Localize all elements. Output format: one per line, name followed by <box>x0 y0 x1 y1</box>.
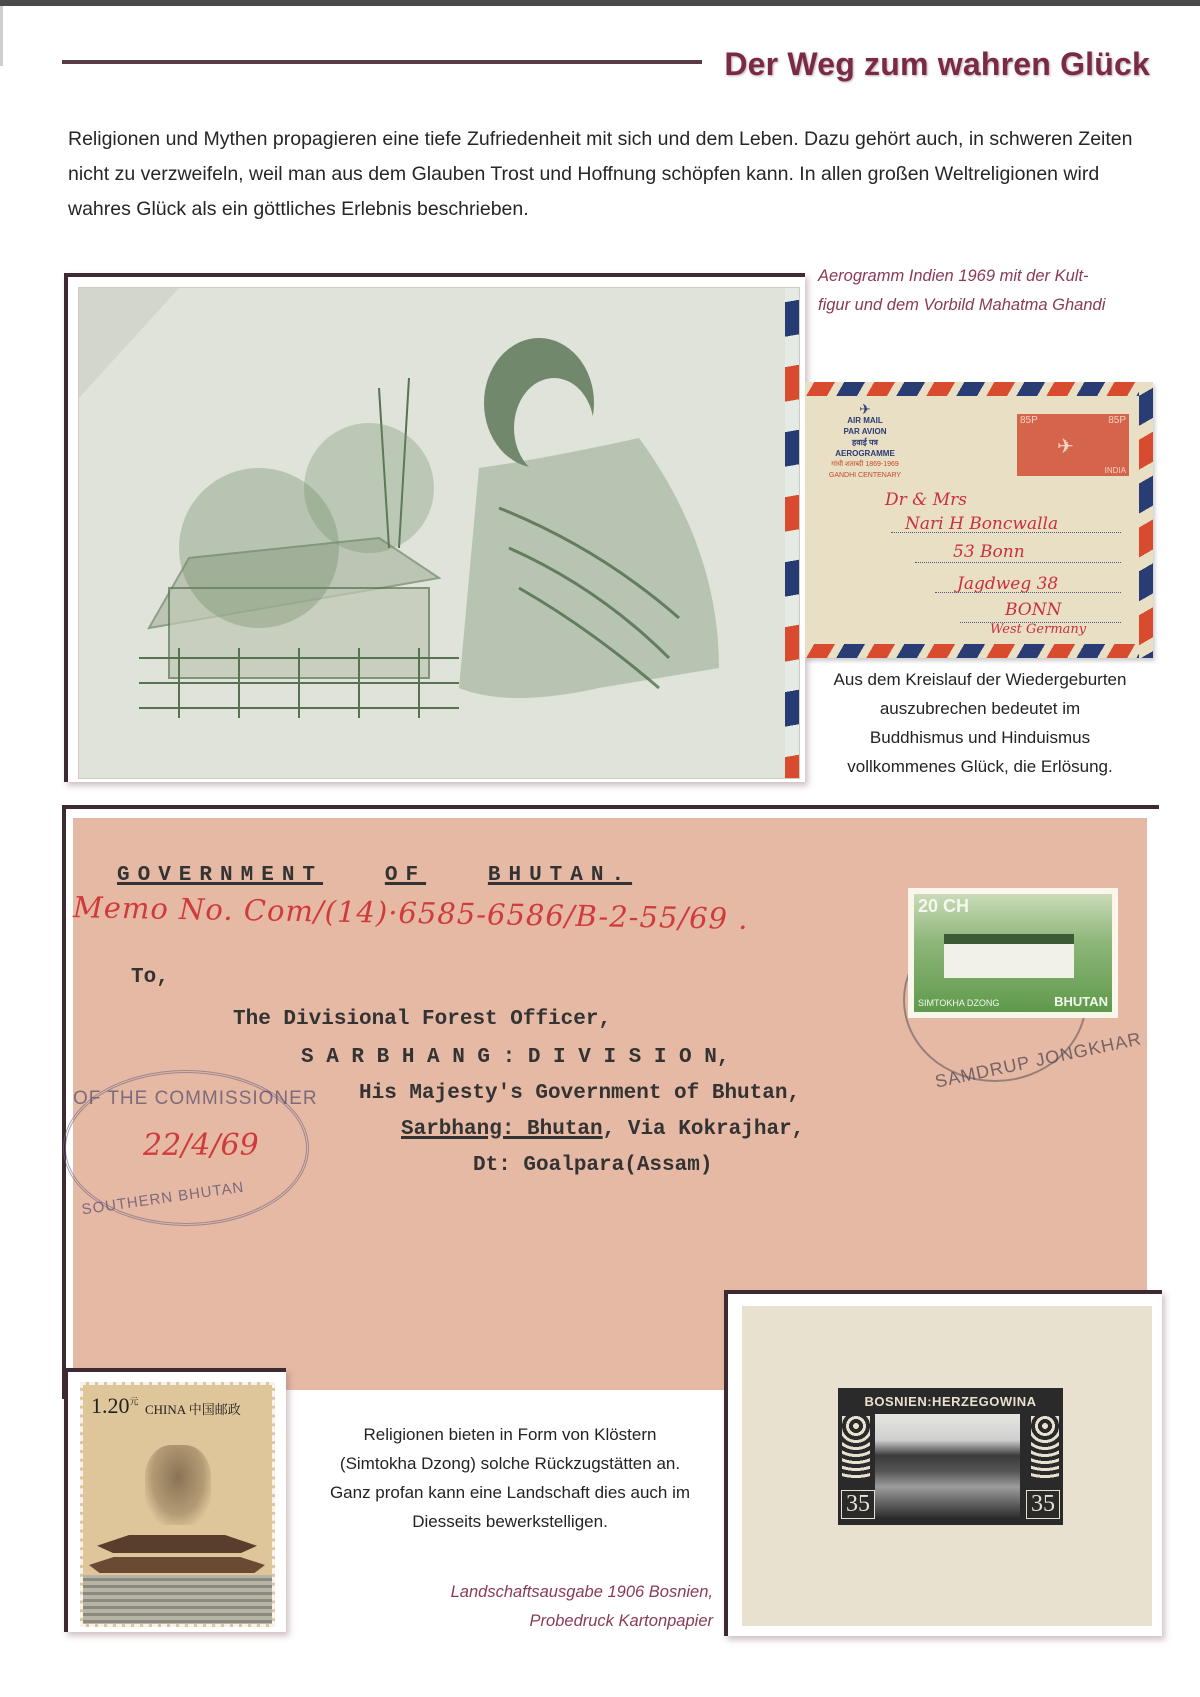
stamp-value: 85P <box>1020 415 1038 426</box>
bhutan-stamp: 20 CH SIMTOKHA DZONG BHUTAN <box>908 888 1118 1018</box>
airplane-icon: ✈ <box>1057 434 1074 459</box>
address-line: Nari H Boncwalla <box>905 514 1058 534</box>
bosnia-caption-line-2: Probedruck Kartonpapier <box>451 1607 713 1636</box>
airplane-icon: ✈ <box>815 404 915 415</box>
stamp-country: BHUTAN <box>1054 994 1108 1009</box>
india-aerogramme: ✈ AIR MAIL PAR AVION हवाई पत्र AEROGRAMM… <box>805 382 1153 658</box>
stamp-currency: 元 <box>130 1397 139 1407</box>
caption-line: Diesseits bewerkstelligen. <box>290 1507 730 1536</box>
scan-top-edge <box>0 0 1200 6</box>
header-word: OF <box>385 864 426 887</box>
bosnia-proof-frame: BOSNIEN:HERZEGOWINA 35 35 <box>724 1290 1162 1636</box>
gandhi-illustration-icon <box>79 288 799 778</box>
to-label: To, <box>131 966 169 989</box>
airmail-stripes-top <box>805 382 1153 396</box>
stamp-country: INDIA <box>1105 466 1126 475</box>
temple-icon <box>97 1535 257 1553</box>
address-rule <box>935 592 1121 593</box>
dzong-icon <box>944 934 1074 978</box>
address-rule <box>960 622 1121 623</box>
address-line: West Germany <box>990 622 1086 637</box>
address-rule <box>915 562 1121 563</box>
scan-left-edge <box>0 6 3 66</box>
airmail-logo: ✈ AIR MAIL PAR AVION हवाई पत्र AEROGRAMM… <box>815 404 915 481</box>
airmail-label: AIR MAIL <box>815 415 915 426</box>
stamp-country: CHINA 中国邮政 <box>145 1399 241 1418</box>
stamp-value-right: 35 <box>1026 1490 1060 1519</box>
centenary-label: GANDHI CENTENARY <box>815 470 915 481</box>
aerogram-caption-line-1: Aerogramm Indien 1969 mit der Kult- <box>818 262 1105 291</box>
caption-line: auszubrechen bedeutet im <box>805 694 1155 723</box>
temple-roof-lower <box>89 1557 265 1573</box>
ornament-icon <box>842 1416 870 1480</box>
title-rule <box>62 60 702 64</box>
address-line: 53 Bonn <box>953 542 1025 562</box>
aerogram-caption-line-2: figur und dem Vorbild Mahatma Ghandi <box>818 291 1105 320</box>
caption-line: Aus dem Kreislauf der Wiedergeburten <box>805 665 1155 694</box>
caption-line: (Simtokha Dzong) solche Rückzugstätten a… <box>290 1449 730 1478</box>
china-stamp: 1.20元 CHINA 中国邮政 <box>80 1382 275 1627</box>
bosnia-caption-line-1: Landschaftsausgabe 1906 Bosnien, <box>451 1578 713 1607</box>
ornament-icon <box>1031 1416 1059 1480</box>
bosnia-stamp: BOSNIEN:HERZEGOWINA 35 35 <box>838 1388 1063 1525</box>
aerogram-caption: Aerogramm Indien 1969 mit der Kult- figu… <box>818 262 1105 320</box>
stamp-name: SIMTOKHA DZONG <box>918 998 999 1008</box>
gandhi-aerogram-frame <box>64 273 805 782</box>
received-date: 22/4/69 <box>143 1128 259 1163</box>
bosnia-proof-card: BOSNIEN:HERZEGOWINA 35 35 <box>742 1306 1152 1626</box>
address-line: Dr & Mrs <box>885 490 967 510</box>
stamp-value: 1.20元 <box>91 1393 139 1419</box>
handstamp-top-text: OF THE COMMISSIONER <box>73 1088 318 1110</box>
stamp-value-right: 85P <box>1108 415 1126 426</box>
airmail-stripes-bottom <box>805 644 1153 658</box>
caption-line: vollkommenes Glück, die Erlösung. <box>805 752 1155 781</box>
china-stamp-frame: 1.20元 CHINA 中国邮政 <box>64 1368 286 1632</box>
par-avion-label: PAR AVION <box>815 426 915 437</box>
centenary-hindi-label: गांधी शताब्दी 1869-1969 <box>815 459 915 470</box>
rebirth-caption: Aus dem Kreislauf der Wiedergeburten aus… <box>805 665 1155 781</box>
caption-line: Ganz profan kann eine Landschaft dies au… <box>290 1478 730 1507</box>
airmail-stripes-right <box>1139 382 1153 658</box>
stamp-value-number: 1.20 <box>91 1393 130 1418</box>
address-underlined: Sarbhang: Bhutan <box>401 1118 603 1141</box>
address-line: His Majesty's Government of Bhutan, <box>359 1082 800 1105</box>
gandhi-aerogram-image <box>78 287 800 779</box>
address-line: Dt: Goalpara(Assam) <box>473 1154 712 1177</box>
confucius-portrait-icon <box>145 1445 211 1525</box>
stamp-header: BOSNIEN:HERZEGOWINA <box>841 1391 1060 1413</box>
intro-paragraph: Religionen und Mythen propagieren eine t… <box>68 122 1153 227</box>
address-via: , Via Kokrajhar, <box>603 1118 805 1141</box>
landscape-river-icon <box>875 1414 1020 1518</box>
airmail-stripes <box>785 288 799 778</box>
address-line: Sarbhang: Bhutan, Via Kokrajhar, <box>401 1118 804 1141</box>
address-rule <box>891 532 1121 533</box>
aerogramme-label: AEROGRAMME <box>815 448 915 459</box>
memo-number: Memo No. Com/(14)·6585-6586/B-2-55/69 . <box>73 890 749 936</box>
stamp-value: 20 CH <box>918 896 969 917</box>
header-word: GOVERNMENT <box>117 864 323 887</box>
bosnia-caption: Landschaftsausgabe 1906 Bosnien, Probedr… <box>451 1578 713 1636</box>
address-line: S A R B H A N G : D I V I S I O N, <box>301 1046 729 1069</box>
hindi-label: हवाई पत्र <box>815 437 915 448</box>
cover-header: GOVERNMENT OF BHUTAN. <box>117 864 632 887</box>
header-word: BHUTAN. <box>488 864 632 887</box>
bhutan-stamp-image: 20 CH SIMTOKHA DZONG BHUTAN <box>914 894 1112 1012</box>
monastery-caption: Religionen bieten in Form von Klöstern (… <box>290 1420 730 1536</box>
address-line: The Divisional Forest Officer, <box>233 1008 611 1031</box>
stamp-value-left: 35 <box>841 1490 875 1519</box>
address-line: Jagdweg 38 <box>957 574 1058 594</box>
caption-line: Religionen bieten in Form von Klöstern <box>290 1420 730 1449</box>
caption-line: Buddhismus und Hinduismus <box>805 723 1155 752</box>
page-title: Der Weg zum wahren Glück <box>724 46 1150 83</box>
temple-steps <box>83 1575 272 1627</box>
india-imprinted-stamp: 85P 85P INDIA ✈ <box>1017 414 1129 476</box>
address-line: BONN <box>1005 600 1062 620</box>
